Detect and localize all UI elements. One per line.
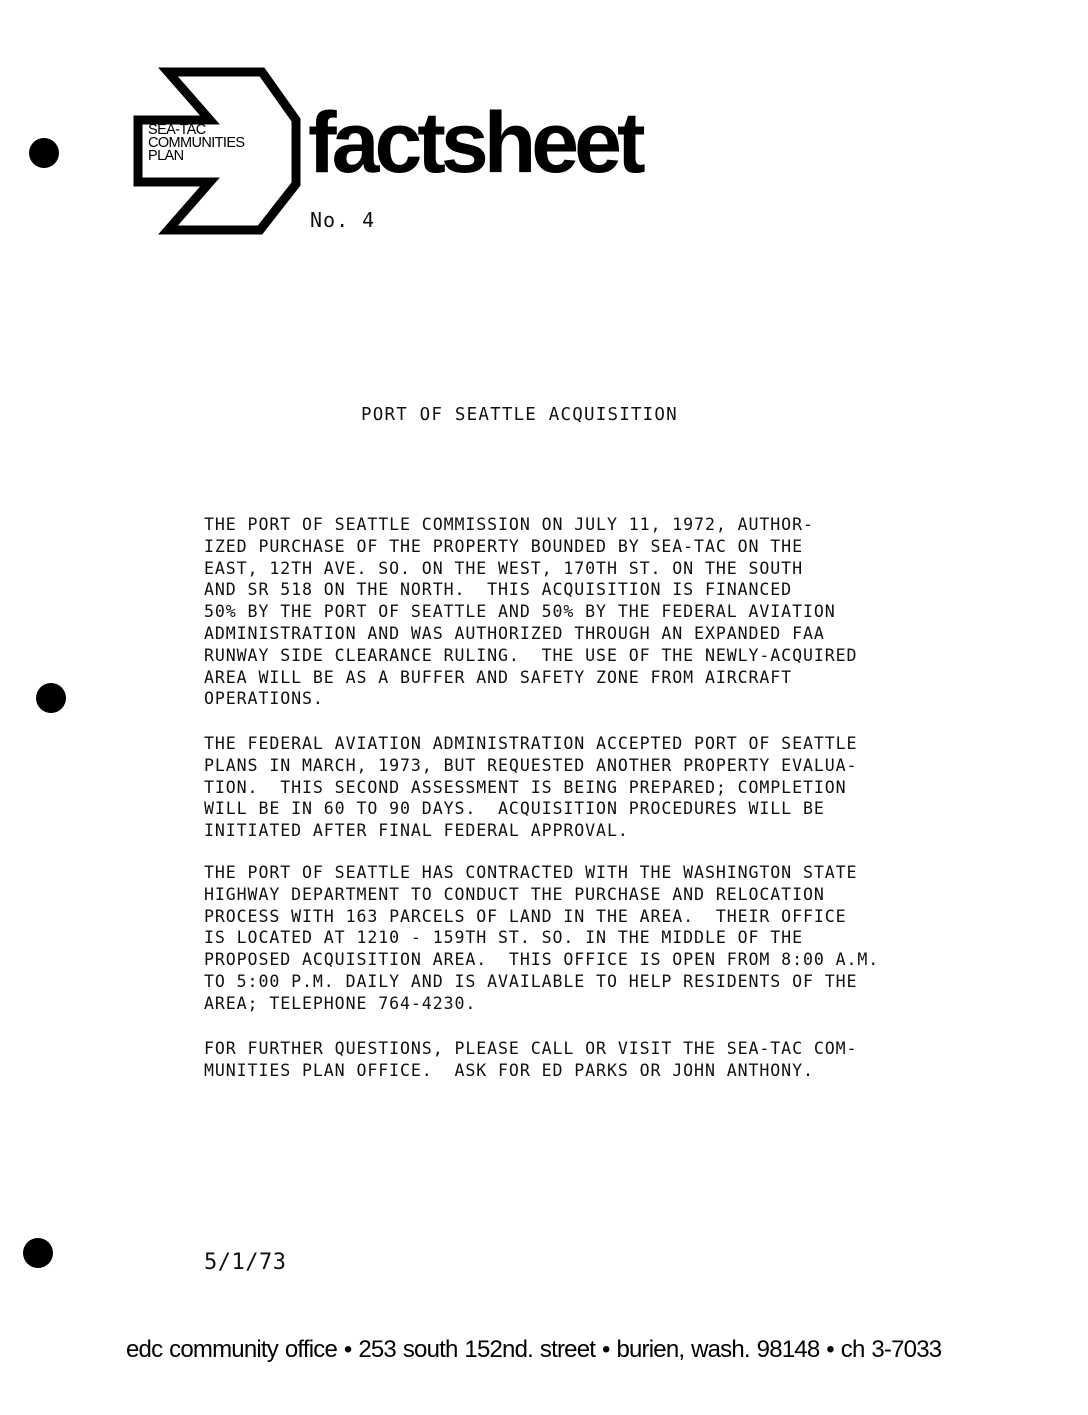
text-line: PLANS IN MARCH, 1973, BUT REQUESTED ANOT… (204, 755, 857, 777)
text-line: PROCESS WITH 163 PARCELS OF LAND IN THE … (204, 906, 879, 928)
document-date: 5/1/73 (204, 1250, 286, 1275)
punch-hole (29, 138, 59, 168)
punch-hole (23, 1238, 53, 1268)
issue-number: No. 4 (310, 208, 375, 232)
text-line: AREA; TELEPHONE 764-4230. (204, 993, 879, 1015)
text-line: THE PORT OF SEATTLE HAS CONTRACTED WITH … (204, 862, 879, 884)
paragraph-highway-department: THE PORT OF SEATTLE HAS CONTRACTED WITH … (204, 862, 879, 1015)
logo-wordmark: SEA-TAC COMMUNITIES PLAN (148, 124, 245, 163)
punch-hole (36, 683, 66, 713)
text-line: 50% BY THE PORT OF SEATTLE AND 50% BY TH… (204, 601, 857, 623)
paragraph-contact: FOR FURTHER QUESTIONS, PLEASE CALL OR VI… (204, 1038, 857, 1082)
document-title: PORT OF SEATTLE ACQUISITION (361, 405, 678, 425)
text-line: PROPOSED ACQUISITION AREA. THIS OFFICE I… (204, 949, 879, 971)
text-line: AREA WILL BE AS A BUFFER AND SAFETY ZONE… (204, 667, 857, 689)
text-line: THE FEDERAL AVIATION ADMINISTRATION ACCE… (204, 733, 857, 755)
text-line: FOR FURTHER QUESTIONS, PLEASE CALL OR VI… (204, 1038, 857, 1060)
footer-address: edc community office • 253 south 152nd. … (126, 1336, 941, 1364)
text-line: TION. THIS SECOND ASSESSMENT IS BEING PR… (204, 777, 857, 799)
paragraph-faa-review: THE FEDERAL AVIATION ADMINISTRATION ACCE… (204, 733, 857, 842)
text-line: OPERATIONS. (204, 688, 857, 710)
text-line: ADMINISTRATION AND WAS AUTHORIZED THROUG… (204, 623, 857, 645)
text-line: IZED PURCHASE OF THE PROPERTY BOUNDED BY… (204, 536, 857, 558)
text-line: EAST, 12TH AVE. SO. ON THE WEST, 170TH S… (204, 558, 857, 580)
text-line: AND SR 518 ON THE NORTH. THIS ACQUISITIO… (204, 579, 857, 601)
text-line: MUNITIES PLAN OFFICE. ASK FOR ED PARKS O… (204, 1060, 857, 1082)
text-line: HIGHWAY DEPARTMENT TO CONDUCT THE PURCHA… (204, 884, 879, 906)
text-line: THE PORT OF SEATTLE COMMISSION ON JULY 1… (204, 514, 857, 536)
text-line: TO 5:00 P.M. DAILY AND IS AVAILABLE TO H… (204, 971, 879, 993)
text-line: WILL BE IN 60 TO 90 DAYS. ACQUISITION PR… (204, 798, 857, 820)
masthead-title: factsheet (308, 100, 641, 186)
text-line: INITIATED AFTER FINAL FEDERAL APPROVAL. (204, 820, 857, 842)
logo-line: PLAN (148, 150, 245, 163)
text-line: IS LOCATED AT 1210 - 159TH ST. SO. IN TH… (204, 927, 879, 949)
text-line: RUNWAY SIDE CLEARANCE RULING. THE USE OF… (204, 645, 857, 667)
paragraph-acquisition-authorization: THE PORT OF SEATTLE COMMISSION ON JULY 1… (204, 514, 857, 710)
